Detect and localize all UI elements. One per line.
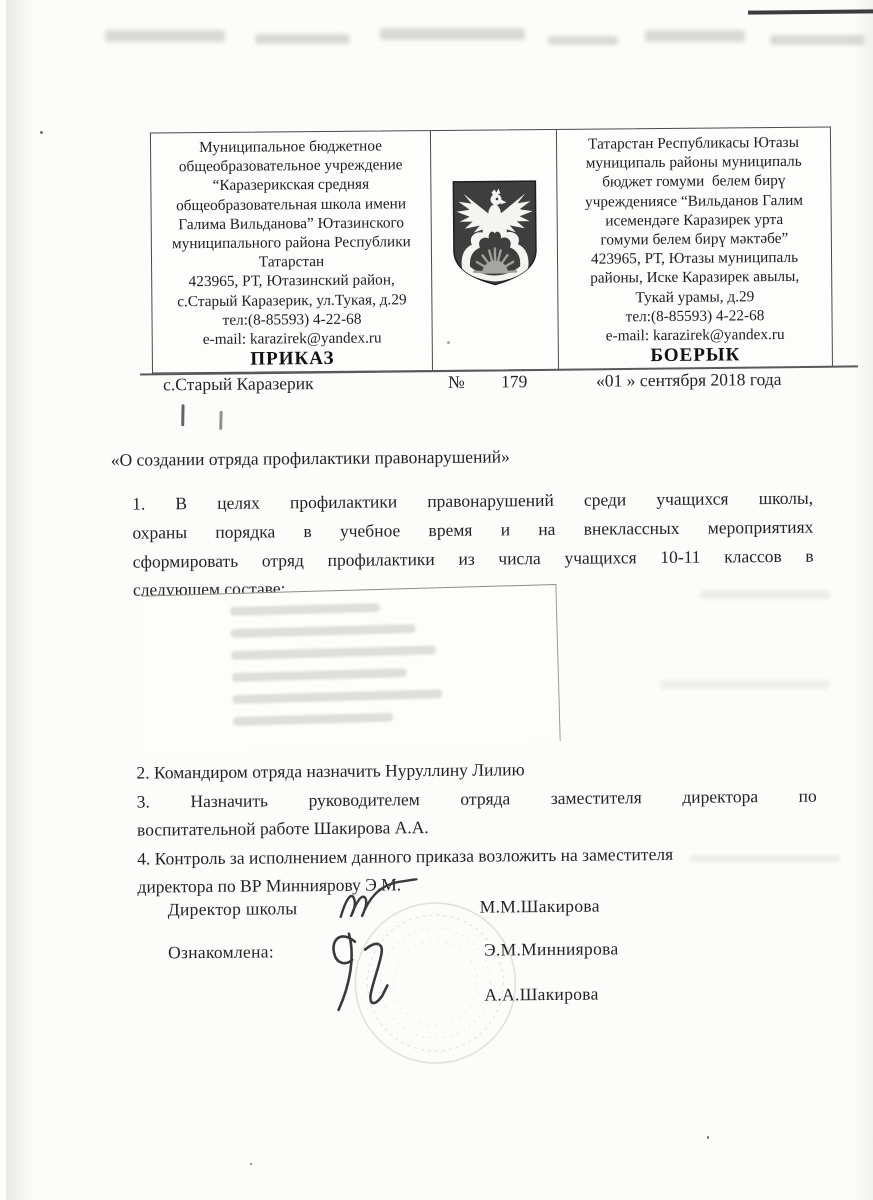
org-name-line-tatar: исемендәге Каразирек урта [562, 209, 827, 231]
org-name-line-tatar: бюджет гомуми белем бирү [561, 171, 826, 193]
document-type-tatar: БОЕРЫК [563, 345, 828, 367]
coat-of-arms-icon [449, 177, 540, 290]
letterhead-russian-column: Муниципальное бюджетное общеобразователь… [151, 131, 433, 373]
org-name-line: Галима Вильданова” Ютазинского [156, 213, 427, 235]
redacted-roster-patch [141, 584, 560, 753]
pen-mark [219, 411, 222, 430]
signature-label: Ознакомлена: [168, 941, 274, 963]
redacted-roster-line [230, 624, 415, 638]
org-address-line: 423965, РТ, Ютазинский район, [156, 270, 427, 292]
org-name-line: общеобразовательная школа имени [155, 194, 426, 216]
org-address-line: с.Старый Каразерик, ул.Тукая, д.29 [156, 290, 427, 312]
org-address-line-tatar: 423965, РТ, Ютазы муниципаль [562, 248, 827, 270]
org-name-line: “Каразерикская средняя [155, 174, 426, 196]
number-sign: № [448, 372, 465, 393]
order-clauses-2-4: 2. Командиром отряда назначить Нуруллину… [136, 753, 817, 902]
letterhead-table: Муниципальное бюджетное общеобразователь… [150, 127, 833, 374]
scanned-order-document: Муниципальное бюджетное общеобразователь… [0, 0, 873, 1200]
org-address-line-tatar: районы, Иске Каразирек авылы, [562, 267, 827, 289]
org-email-line: e-mail: karazirek@yandex.ru [157, 328, 428, 350]
org-name-line-tatar: муниципаль районы муниципаль [561, 152, 826, 174]
org-email-line-tatar: e-mail: karazirek@yandex.ru [563, 325, 828, 347]
org-name-line-tatar: Татарстан Республикасы Ютазы [561, 133, 826, 155]
document-type-russian: ПРИКАЗ [157, 348, 428, 370]
issue-place: с.Старый Каразерик [163, 373, 314, 395]
redacted-roster-line [231, 645, 436, 660]
redacted-roster-line [230, 603, 380, 616]
signature-label: Директор школы [168, 898, 298, 920]
pen-mark [181, 404, 184, 426]
org-name-line: Муниципальное бюджетное [155, 136, 426, 158]
org-name-line-tatar: учреждениясе “Вильданов Галим [561, 190, 826, 212]
letterhead-emblem-cell [431, 130, 559, 371]
org-name-line: общеобразовательное учреждение [155, 155, 426, 177]
document-page: Муниципальное бюджетное общеобразователь… [0, 0, 873, 1200]
letterhead-tatar-column: Татарстан Республикасы Ютазы муниципаль … [557, 128, 832, 370]
order-number: 179 [501, 371, 527, 392]
redacted-roster-line [233, 713, 393, 726]
org-name-line: муниципального района Республики [156, 232, 427, 254]
org-address-line-tatar: Тукай урамы, д.29 [562, 286, 827, 308]
org-phone-line: тел:(8-85593) 4-22-68 [156, 309, 427, 331]
order-subject: «О создании отряда профилактики правонар… [111, 446, 510, 470]
redacted-roster-line [232, 689, 442, 704]
redacted-roster-line [232, 668, 407, 682]
issue-date: «01 » сентября 2018 года [596, 369, 782, 392]
org-name-line: Татарстан [156, 251, 427, 273]
round-stamp-icon [345, 894, 527, 1071]
org-phone-line-tatar: тел:(8-85593) 4-22-68 [562, 305, 827, 327]
org-name-line-tatar: гомуми белем бирү мәктәбе” [562, 229, 827, 251]
